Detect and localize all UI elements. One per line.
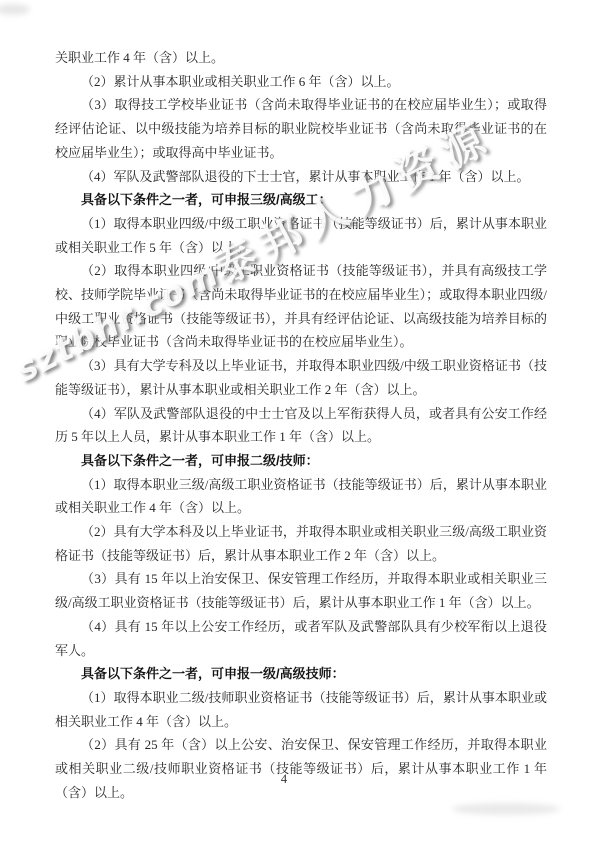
paragraph: （2）具有大学本科及以上毕业证书，并取得本职业或相关职业三级/高级工职业资格证书… (55, 520, 547, 567)
section-heading-level3: 具备以下条件之一者，可申报三级/高级工： (55, 188, 547, 212)
paragraph: （1）取得本职业三级/高级工职业资格证书（技能等级证书）后，累计从事本职业或相关… (55, 473, 547, 520)
paragraph: （2）累计从事本职业或相关职业工作 6 年（含）以上。 (55, 70, 547, 94)
paragraph: （4）具有 15 年以上公安工作经历，或者军队及武警部队具有少校军衔以上退役军人… (55, 615, 547, 662)
scan-artifact-bottom-right (452, 803, 560, 815)
paragraph: （2）取得本职业四级/中级工职业资格证书（技能等级证书），并具有高级技工学校、技… (55, 259, 547, 354)
section-heading-level2: 具备以下条件之一者，可申报二级/技师： (55, 449, 547, 473)
paragraph: （3）具有 15 年以上治安保卫、保安管理工作经历，并取得本职业或相关职业三级/… (55, 567, 547, 614)
paragraph: （2）具有 25 年（含）以上公安、治安保卫、保安管理工作经历，并取得本职业或相… (55, 733, 547, 804)
paragraph: （4）军队及武警部队退役的下士士官，累计从事本职业工作 1 年（含）以上。 (55, 165, 547, 189)
paragraph-continuation: 关职业工作 4 年（含）以上。 (55, 46, 547, 70)
paragraph: （1）取得本职业四级/中级工职业资格证书（技能等级证书）后，累计从事本职业或相关… (55, 212, 547, 259)
page-number: 4 (0, 772, 568, 787)
section-heading-level1: 具备以下条件之一者，可申报一级/高级技师： (55, 662, 547, 686)
scan-artifact-top-left (0, 4, 30, 15)
paragraph: （1）取得本职业二级/技师职业资格证书（技能等级证书）后，累计从事本职业或相关职… (55, 686, 547, 733)
paragraph: （3）具有大学专科及以上毕业证书，并取得本职业四级/中级工职业资格证书（技能等级… (55, 354, 547, 401)
document-body: 关职业工作 4 年（含）以上。 （2）累计从事本职业或相关职业工作 6 年（含）… (55, 46, 547, 805)
paragraph: （4）军队及武警部队退役的中士士官及以上军衔获得人员，或者具有公安工作经历 5 … (55, 402, 547, 449)
document-page: 关职业工作 4 年（含）以上。 （2）累计从事本职业或相关职业工作 6 年（含）… (0, 0, 600, 848)
paragraph: （3）取得技工学校毕业证书（含尚未取得毕业证书的在校应届毕业生）；或取得经评估论… (55, 93, 547, 164)
